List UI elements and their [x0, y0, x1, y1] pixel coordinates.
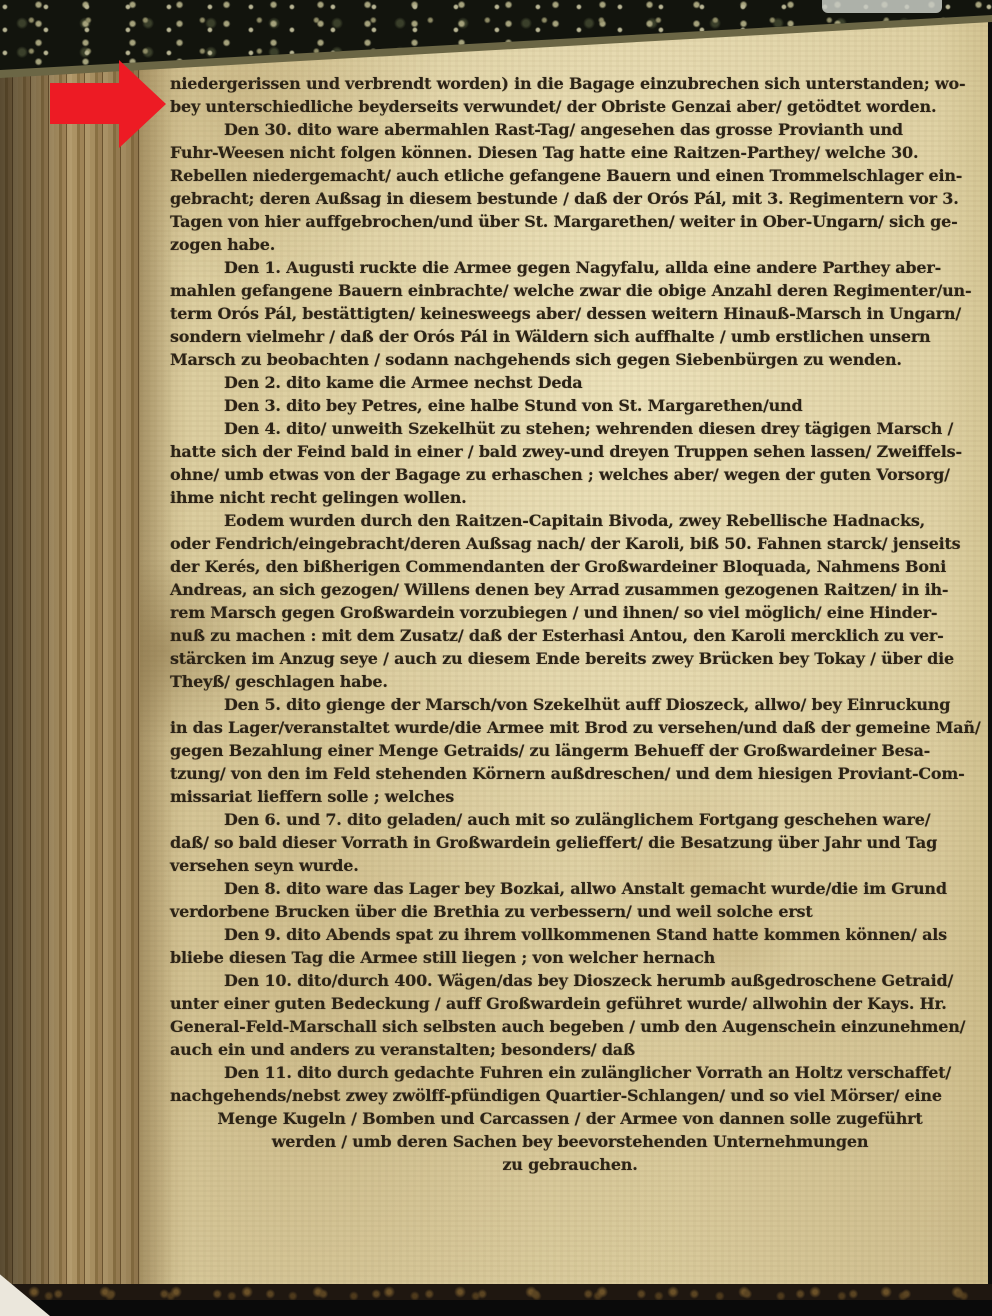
text-line: term Orós Pál, bestättigten/ keinesweegs… [170, 302, 970, 325]
text-line: rem Marsch gegen Großwardein vorzubiegen… [170, 601, 970, 624]
text-line: zogen habe. [170, 233, 970, 256]
text-line: oder Fendrich/eingebracht/deren Außsag n… [170, 532, 970, 555]
text-line: Andreas, an sich gezogen/ Willens denen … [170, 578, 970, 601]
red-arrow-annotation-icon [50, 60, 166, 148]
text-line: ohne/ umb etwas von der Bagage zu erhasc… [170, 463, 970, 486]
text-line: Theyß/ geschlagen habe. [170, 670, 970, 693]
photo-background-strip [0, 1300, 992, 1316]
text-line: nachgehends/nebst zwey zwölff-pfündigen … [170, 1084, 970, 1107]
text-line: General-Feld-Marschall sich selbsten auc… [170, 1015, 970, 1038]
text-line: gebracht; deren Außsag in diesem bestund… [170, 187, 970, 210]
text-line: Den 2. dito kame die Armee nechst Deda [170, 371, 970, 394]
text-line: gegen Bezahlung einer Menge Getraids/ zu… [170, 739, 970, 762]
page-text: niedergerissen und verbrendt worden) in … [170, 72, 970, 1176]
text-line: sondern vielmehr / daß der Orós Pál in W… [170, 325, 970, 348]
book-page: niedergerissen und verbrendt worden) in … [140, 10, 988, 1292]
text-line: verdorbene Brucken über die Brethia zu v… [170, 900, 970, 923]
text-line: bliebe diesen Tag die Armee still liegen… [170, 946, 970, 969]
text-line: in das Lager/veranstaltet wurde/die Arme… [170, 716, 970, 739]
page-edges-stack [0, 58, 158, 1302]
red-arrow-shape [50, 60, 166, 148]
text-line: tzung/ von den im Feld stehenden Körnern… [170, 762, 970, 785]
text-line: Den 6. und 7. dito geladen/ auch mit so … [170, 808, 970, 831]
text-line: nuß zu machen : mit dem Zusatz/ daß der … [170, 624, 970, 647]
text-line: Den 4. dito/ unweith Szekelhüt zu stehen… [170, 417, 970, 440]
text-line: Den 8. dito ware das Lager bey Bozkai, a… [170, 877, 970, 900]
text-line: bey unterschiedliche beyderseits verwund… [170, 95, 970, 118]
text-line: Eodem wurden durch den Raitzen-Capitain … [170, 509, 970, 532]
text-line: Den 10. dito/durch 400. Wägen/das bey Di… [170, 969, 970, 992]
text-line: Den 11. dito durch gedachte Fuhren ein z… [170, 1061, 970, 1084]
text-line: missariat lieffern solle ; welches [170, 785, 970, 808]
text-line: Fuhr-Weesen nicht folgen können. Diesen … [170, 141, 970, 164]
text-line: werden / umb deren Sachen bey beevorsteh… [170, 1130, 970, 1153]
text-line: der Kerés, den bißherigen Commendanten d… [170, 555, 970, 578]
text-line: versehen seyn wurde. [170, 854, 970, 877]
text-line: Den 5. dito gienge der Marsch/von Szekel… [170, 693, 970, 716]
text-line: Den 3. dito bey Petres, eine halbe Stund… [170, 394, 970, 417]
text-line: Marsch zu beobachten / sodann nachgehend… [170, 348, 970, 371]
background-object [822, 0, 942, 13]
text-line: hatte sich der Feind bald in einer / bal… [170, 440, 970, 463]
text-line: mahlen gefangene Bauern einbrachte/ welc… [170, 279, 970, 302]
text-line: niedergerissen und verbrendt worden) in … [170, 72, 970, 95]
text-line: ihme nicht recht gelingen wollen. [170, 486, 970, 509]
text-line: zu gebrauchen. [170, 1153, 970, 1176]
text-line: Menge Kugeln / Bomben und Carcassen / de… [170, 1107, 970, 1130]
text-line: Den 9. dito Abends spat zu ihrem vollkom… [170, 923, 970, 946]
text-line: unter einer guten Bedeckung / auff Großw… [170, 992, 970, 1015]
text-line: Rebellen niedergemacht/ auch etliche gef… [170, 164, 970, 187]
text-line: Tagen von hier auffgebrochen/und über St… [170, 210, 970, 233]
text-line: Den 1. Augusti ruckte die Armee gegen Na… [170, 256, 970, 279]
text-line: daß/ so bald dieser Vorrath in Großwarde… [170, 831, 970, 854]
text-line: Den 30. dito ware abermahlen Rast-Tag/ a… [170, 118, 970, 141]
book-photo: niedergerissen und verbrendt worden) in … [0, 0, 992, 1316]
text-line: auch ein und anders zu veranstalten; bes… [170, 1038, 970, 1061]
text-line: stärcken im Anzug seye / auch zu diesem … [170, 647, 970, 670]
